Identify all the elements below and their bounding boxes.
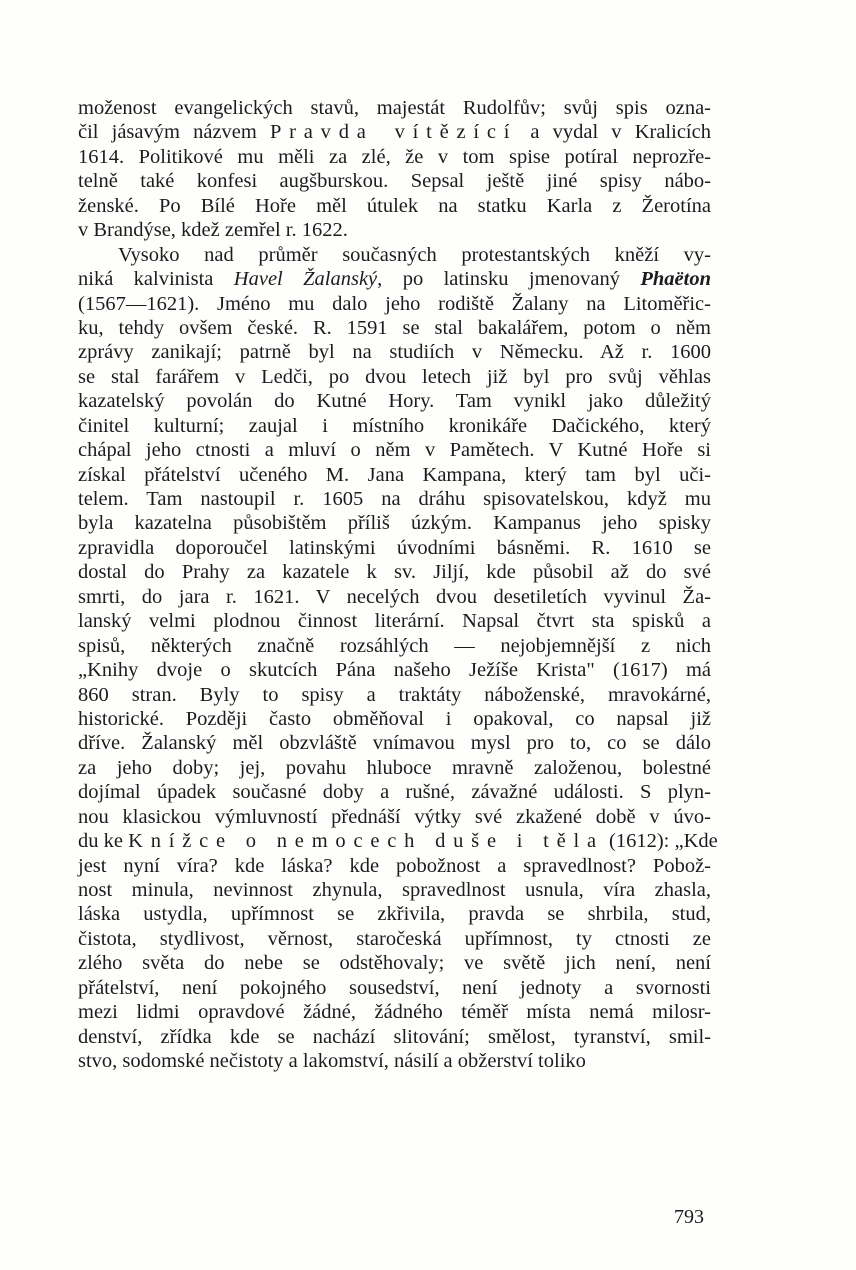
text-run: „Knihy dvoje o skutcích Pána našeho Ježí…: [78, 659, 711, 681]
text-run: (1612): „Kde: [604, 830, 718, 852]
text-line: (1567—1621). Jméno mu dalo jeho rodiště …: [78, 292, 711, 316]
text-line: nou klasickou výmluvností přednáší výtky…: [78, 805, 711, 829]
text-run: telně také konfesi augšburskou. Sepsal j…: [78, 170, 711, 192]
text-line: čil jásavým názvem Pravda vítězící a vyd…: [78, 120, 711, 144]
text-run: stvo, sodomské nečistoty a lakomství, ná…: [78, 1050, 586, 1072]
text-line: chápal jeho ctnosti a mluví o něm v Pamě…: [78, 438, 711, 462]
text-run: přátelství, není pokojného sousedství, n…: [78, 977, 711, 999]
text-line: Vysoko nad průměr současných protestants…: [78, 243, 711, 267]
text-line: za jeho doby; jej, povahu hluboce mravně…: [78, 756, 711, 780]
text-run: chápal jeho ctnosti a mluví o něm v Pamě…: [78, 439, 711, 461]
text-run: niká kalvinista: [78, 268, 234, 290]
text-run: ku, tehdy ovšem české. R. 1591 se stal b…: [78, 317, 711, 339]
text-run: získal přátelství učeného M. Jana Kampan…: [78, 464, 711, 486]
text-line: telem. Tam nastoupil r. 1605 na dráhu sp…: [78, 487, 711, 511]
text-line: kazatelský povolán do Kutné Hory. Tam vy…: [78, 389, 711, 413]
text-run: dostal do Prahy za kazatele k sv. Jiljí,…: [78, 561, 711, 583]
spaced-title: Knížce o nemocech duše i těla: [128, 830, 604, 852]
text-run: láska ustydla, upřímnost se zkřivila, pr…: [78, 903, 711, 925]
text-run: telem. Tam nastoupil r. 1605 na dráhu sp…: [78, 488, 711, 510]
text-run: nou klasickou výmluvností přednáší výtky…: [78, 806, 711, 828]
text-run: historické. Později často obměňoval i op…: [78, 708, 711, 730]
text-run: zprávy zanikají; patrně byl na studiích …: [78, 341, 711, 363]
text-run: čistota, stydlivost, věrnost, staročeská…: [78, 928, 711, 950]
text-line: du ke Knížce o nemocech duše i těla (161…: [78, 829, 711, 853]
text-line: ku, tehdy ovšem české. R. 1591 se stal b…: [78, 316, 711, 340]
text-line: lanský velmi plodnou činnost literární. …: [78, 609, 711, 633]
text-run: jest nyní víra? kde láska? kde pobožnost…: [78, 855, 711, 877]
text-line: dostal do Prahy za kazatele k sv. Jiljí,…: [78, 560, 711, 584]
italic-name: Havel Žalanský: [234, 268, 377, 290]
text-run: zlého světa do nebe se odstěhovaly; ve s…: [78, 952, 711, 974]
text-line: telně také konfesi augšburskou. Sepsal j…: [78, 169, 711, 193]
text-line: činitel kulturní; zaujal i místního kron…: [78, 414, 711, 438]
text-line: 1614. Politikové mu měli za zlé, že v to…: [78, 145, 711, 169]
text-run: moženost evangelických stavů, majestát R…: [78, 97, 711, 119]
text-run: , po latinsku jmenovaný: [377, 268, 640, 290]
book-page: moženost evangelických stavů, majestát R…: [0, 0, 856, 1270]
text-run: dojímal úpadek současné doby a rušné, zá…: [78, 781, 711, 803]
text-line: zlého světa do nebe se odstěhovaly; ve s…: [78, 951, 711, 975]
text-run: v Brandýse, kdež zemřel r. 1622.: [78, 219, 348, 241]
paragraph: moženost evangelických stavů, majestát R…: [78, 96, 711, 243]
text-run: smrti, do jara r. 1621. V necelých dvou …: [78, 586, 711, 608]
text-run: kazatelský povolán do Kutné Hory. Tam vy…: [78, 390, 711, 412]
text-run: (1567—1621). Jméno mu dalo jeho rodiště …: [78, 293, 711, 315]
text-line: jest nyní víra? kde láska? kde pobožnost…: [78, 854, 711, 878]
text-line: niká kalvinista Havel Žalanský, po latin…: [78, 267, 711, 291]
text-line: láska ustydla, upřímnost se zkřivila, pr…: [78, 902, 711, 926]
text-line: moženost evangelických stavů, majestát R…: [78, 96, 711, 120]
text-line: získal přátelství učeného M. Jana Kampan…: [78, 463, 711, 487]
text-line: spisů, některých značně rozsáhlých — nej…: [78, 634, 711, 658]
paragraph: Vysoko nad průměr současných protestants…: [78, 243, 711, 1074]
text-line: stvo, sodomské nečistoty a lakomství, ná…: [78, 1049, 711, 1073]
text-run: byla kazatelna působištěm příliš úzkým. …: [78, 512, 711, 534]
text-run: zpravidla doporoučel latinskými úvodními…: [78, 537, 711, 559]
text-run: Vysoko nad průměr současných protestants…: [118, 244, 711, 266]
text-line: byla kazatelna působištěm příliš úzkým. …: [78, 511, 711, 535]
text-line: dojímal úpadek současné doby a rušné, zá…: [78, 780, 711, 804]
text-line: ženské. Po Bílé Hoře měl útulek na statk…: [78, 194, 711, 218]
text-run: spisů, některých značně rozsáhlých — nej…: [78, 635, 711, 657]
text-run: du ke: [78, 830, 128, 852]
body-text: moženost evangelických stavů, majestát R…: [78, 96, 711, 1074]
text-line: „Knihy dvoje o skutcích Pána našeho Ježí…: [78, 658, 711, 682]
bold-italic-name: Phaëton: [640, 268, 711, 290]
text-run: ženské. Po Bílé Hoře měl útulek na statk…: [78, 195, 711, 217]
text-run: čil jásavým názvem: [78, 121, 270, 143]
text-run: lanský velmi plodnou činnost literární. …: [78, 610, 711, 632]
text-run: 1614. Politikové mu měli za zlé, že v to…: [78, 146, 711, 168]
text-run: dříve. Žalanský měl obzvláště vnímavou m…: [78, 732, 711, 754]
text-run: za jeho doby; jej, povahu hluboce mravně…: [78, 757, 711, 779]
text-line: mezi lidmi opravdové žádné, žádného témě…: [78, 1000, 711, 1024]
text-run: a vydal v Kralicích: [517, 121, 711, 143]
spaced-title: Pravda vítězící: [270, 121, 517, 143]
text-run: nost minula, nevinnost zhynula, spravedl…: [78, 879, 711, 901]
text-line: přátelství, není pokojného sousedství, n…: [78, 976, 711, 1000]
text-line: čistota, stydlivost, věrnost, staročeská…: [78, 927, 711, 951]
text-run: 860 stran. Byly to spisy a traktáty nábo…: [78, 684, 711, 706]
text-line: zprávy zanikají; patrně byl na studiích …: [78, 340, 711, 364]
text-line: nost minula, nevinnost zhynula, spravedl…: [78, 878, 711, 902]
text-line: zpravidla doporoučel latinskými úvodními…: [78, 536, 711, 560]
text-line: 860 stran. Byly to spisy a traktáty nábo…: [78, 683, 711, 707]
text-line: denství, zřídka kde se nachází slitování…: [78, 1025, 711, 1049]
page-number: 793: [674, 1206, 704, 1229]
text-run: se stal farářem v Ledči, po dvou letech …: [78, 366, 711, 388]
text-line: se stal farářem v Ledči, po dvou letech …: [78, 365, 711, 389]
text-line: dříve. Žalanský měl obzvláště vnímavou m…: [78, 731, 711, 755]
text-run: činitel kulturní; zaujal i místního kron…: [78, 415, 711, 437]
text-run: mezi lidmi opravdové žádné, žádného témě…: [78, 1001, 711, 1023]
text-line: smrti, do jara r. 1621. V necelých dvou …: [78, 585, 711, 609]
text-line: v Brandýse, kdež zemřel r. 1622.: [78, 218, 711, 242]
text-line: historické. Později často obměňoval i op…: [78, 707, 711, 731]
text-run: denství, zřídka kde se nachází slitování…: [78, 1026, 711, 1048]
